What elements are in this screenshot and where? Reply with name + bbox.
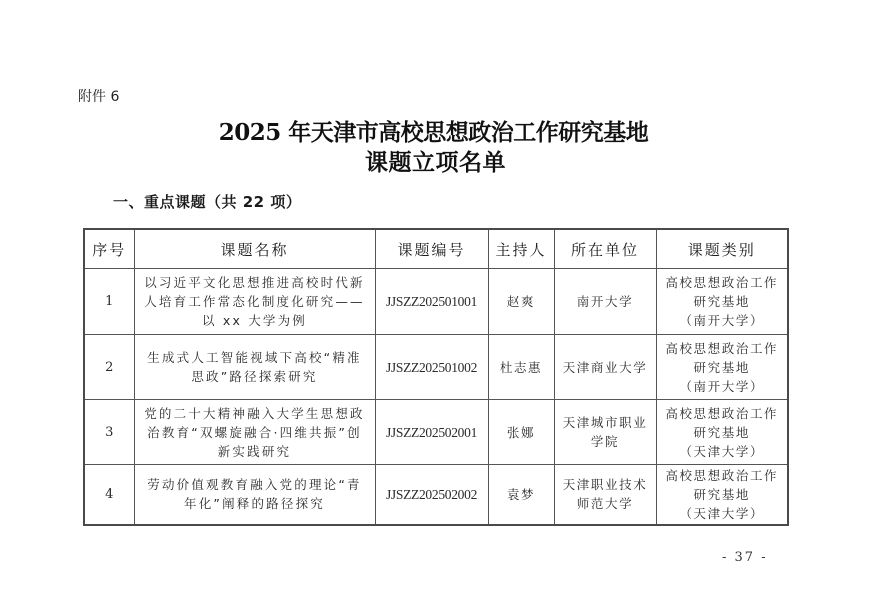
header-index: 序号 bbox=[84, 229, 134, 269]
category-line: （天津大学） bbox=[661, 442, 784, 461]
cell-code: JJSZZ202502002 bbox=[375, 465, 488, 525]
category-line: （天津大学） bbox=[661, 504, 784, 523]
table-row: 1 以习近平文化思想推进高校时代新人培育工作常态化制度化研究——以 xx 大学为… bbox=[84, 269, 788, 335]
category-line: 研究基地 bbox=[661, 423, 784, 442]
header-category: 课题类别 bbox=[656, 229, 788, 269]
cell-host: 袁梦 bbox=[488, 465, 554, 525]
cell-unit: 天津职业技术师范大学 bbox=[554, 465, 656, 525]
category-line: 高校思想政治工作 bbox=[661, 273, 784, 292]
category-line: （南开大学） bbox=[661, 377, 784, 396]
category-line: 研究基地 bbox=[661, 358, 784, 377]
page-number: - 37 - bbox=[722, 550, 768, 565]
cell-title: 以习近平文化思想推进高校时代新人培育工作常态化制度化研究——以 xx 大学为例 bbox=[134, 269, 375, 335]
cell-code: JJSZZ202502001 bbox=[375, 400, 488, 465]
cell-host: 赵爽 bbox=[488, 269, 554, 335]
cell-unit: 天津商业大学 bbox=[554, 335, 656, 400]
table-row: 4 劳动价值观教育融入党的理论“青年化”阐释的路径探究 JJSZZ2025020… bbox=[84, 465, 788, 525]
cell-index: 4 bbox=[84, 465, 134, 525]
attachment-label: 附件 6 bbox=[78, 86, 119, 106]
category-line: 高校思想政治工作 bbox=[661, 339, 784, 358]
category-line: 研究基地 bbox=[661, 485, 784, 504]
header-host: 主持人 bbox=[488, 229, 554, 269]
category-line: 高校思想政治工作 bbox=[661, 404, 784, 423]
header-code: 课题编号 bbox=[375, 229, 488, 269]
category-line: （南开大学） bbox=[661, 311, 784, 330]
cell-host: 张娜 bbox=[488, 400, 554, 465]
cell-unit: 南开大学 bbox=[554, 269, 656, 335]
cell-category: 高校思想政治工作 研究基地 （天津大学） bbox=[656, 400, 788, 465]
table-header-row: 序号 课题名称 课题编号 主持人 所在单位 课题类别 bbox=[84, 229, 788, 269]
document-subtitle: 课题立项名单 bbox=[0, 144, 871, 177]
cell-category: 高校思想政治工作 研究基地 （南开大学） bbox=[656, 335, 788, 400]
cell-unit: 天津城市职业学院 bbox=[554, 400, 656, 465]
cell-category: 高校思想政治工作 研究基地 （南开大学） bbox=[656, 269, 788, 335]
cell-title: 生成式人工智能视域下高校“精准思政”路径探索研究 bbox=[134, 335, 375, 400]
cell-title: 党的二十大精神融入大学生思想政治教育“双螺旋融合·四维共振”创新实践研究 bbox=[134, 400, 375, 465]
header-unit: 所在单位 bbox=[554, 229, 656, 269]
table-row: 3 党的二十大精神融入大学生思想政治教育“双螺旋融合·四维共振”创新实践研究 J… bbox=[84, 400, 788, 465]
section-heading: 一、重点课题（共 22 项） bbox=[113, 191, 301, 212]
cell-index: 1 bbox=[84, 269, 134, 335]
table-row: 2 生成式人工智能视域下高校“精准思政”路径探索研究 JJSZZ20250100… bbox=[84, 335, 788, 400]
cell-code: JJSZZ202501002 bbox=[375, 335, 488, 400]
project-table: 序号 课题名称 课题编号 主持人 所在单位 课题类别 1 以习近平文化思想推进高… bbox=[83, 228, 789, 526]
cell-code: JJSZZ202501001 bbox=[375, 269, 488, 335]
cell-index: 3 bbox=[84, 400, 134, 465]
cell-host: 杜志惠 bbox=[488, 335, 554, 400]
cell-index: 2 bbox=[84, 335, 134, 400]
category-line: 研究基地 bbox=[661, 292, 784, 311]
category-line: 高校思想政治工作 bbox=[661, 466, 784, 485]
cell-title: 劳动价值观教育融入党的理论“青年化”阐释的路径探究 bbox=[134, 465, 375, 525]
cell-category: 高校思想政治工作 研究基地 （天津大学） bbox=[656, 465, 788, 525]
document-title: 2025 年天津市高校思想政治工作研究基地 bbox=[0, 114, 869, 147]
header-title: 课题名称 bbox=[134, 229, 375, 269]
